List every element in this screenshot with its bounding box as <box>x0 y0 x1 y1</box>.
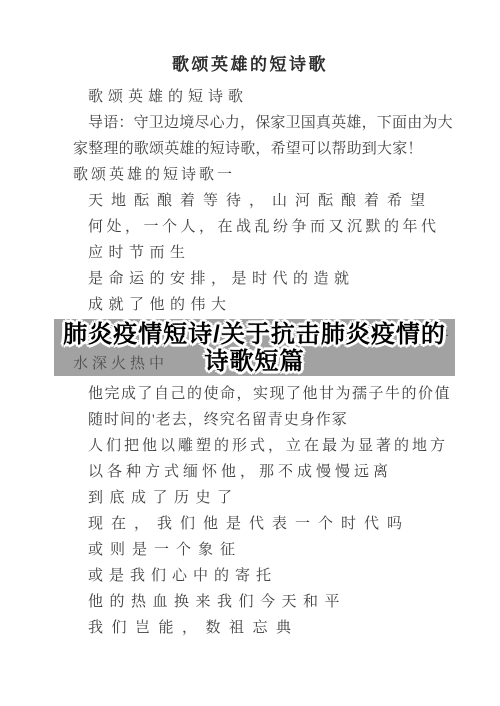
article-body: 歌颂英雄的短诗歌导语：守卫边境尽心力，保家卫国真英雄，下面由为大家整理的歌颂英雄… <box>73 84 458 641</box>
poem-line: 现在，我们他是代表一个时代吗 <box>73 511 458 537</box>
poem-line: 到底成了历史了 <box>73 485 458 511</box>
poem-section-top: 歌颂英雄的短诗歌导语：守卫边境尽心力，保家卫国真英雄，下面由为大家整理的歌颂英雄… <box>73 84 458 318</box>
poem-line: 导语：守卫边境尽心力，保家卫国真英雄，下面由为大 <box>73 110 458 136</box>
overlay-title-line2: 诗歌短篇 <box>54 348 455 375</box>
poem-line: 家整理的歌颂英雄的短诗歌，希望可以帮助到大家！ <box>73 136 458 162</box>
poem-line: 歌颂英雄的短诗歌一 <box>73 162 458 188</box>
poem-line: 成就了他的伟大 <box>73 292 458 318</box>
poem-line: 他完成了自己的使命，实现了他甘为孺子牛的价值 <box>73 381 458 407</box>
poem-line: 何处，一个人，在战乱纷争而又沉默的年代 <box>73 214 458 240</box>
poem-line: 或则是一个象征 <box>73 537 458 563</box>
poem-line: 或是我们心中的寄托 <box>73 563 458 589</box>
poem-section-bottom: 他完成了自己的使命，实现了他甘为孺子牛的价值随时间的'老去，终究名留青史身作冢人… <box>73 381 458 641</box>
poem-line: 天地酝酿着等待，山河酝酿着希望 <box>73 188 458 214</box>
overlay-title: 肺炎疫情短诗/关于抗击肺炎疫情的 诗歌短篇 <box>54 319 455 375</box>
article-page: 歌颂英雄的短诗歌 歌颂英雄的短诗歌导语：守卫边境尽心力，保家卫国真英雄，下面由为… <box>0 0 500 706</box>
poem-line: 他的热血换来我们今天和平 <box>73 589 458 615</box>
poem-line: 随时间的'老去，终究名留青史身作冢 <box>73 407 458 433</box>
document-title: 歌颂英雄的短诗歌 <box>0 0 500 76</box>
poem-line: 人们把他以雕塑的形式，立在最为显著的地方 <box>73 433 458 459</box>
poem-line: 是命运的安排，是时代的造就 <box>73 266 458 292</box>
poem-line: 以各种方式缅怀他，那不成慢慢远离 <box>73 459 458 485</box>
poem-line: 我们岂能，数祖忘典 <box>73 615 458 641</box>
overlay-banner: 于 水深火热中 肺炎疫情短诗/关于抗击肺炎疫情的 诗歌短篇 <box>54 319 455 376</box>
poem-line: 应时节而生 <box>73 240 458 266</box>
poem-line: 歌颂英雄的短诗歌 <box>73 84 458 110</box>
overlay-title-line1: 肺炎疫情短诗/关于抗击肺炎疫情的 <box>54 321 455 348</box>
